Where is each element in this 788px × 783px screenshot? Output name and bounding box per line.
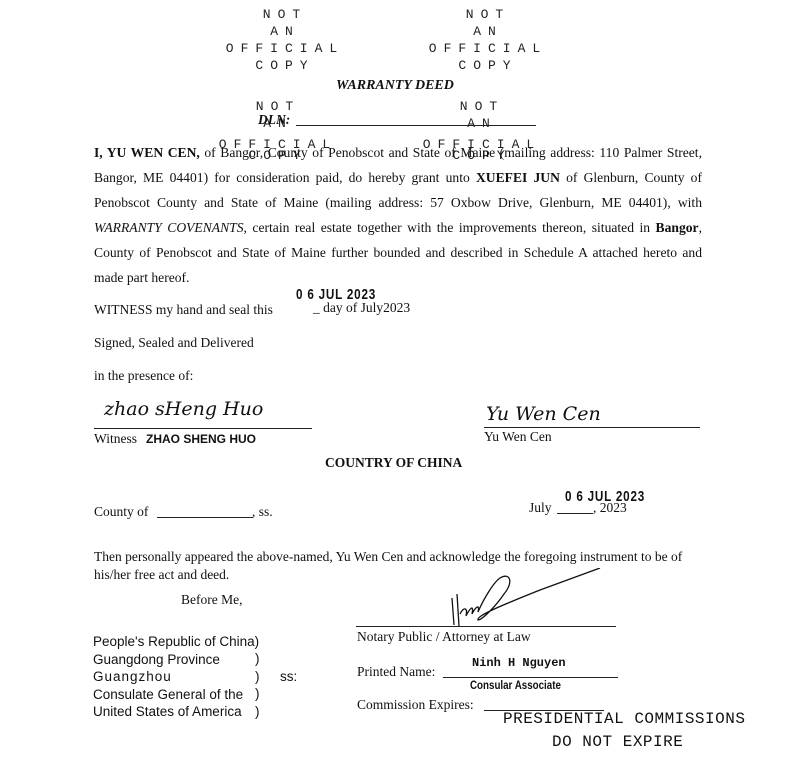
witness-signature-line[interactable] — [94, 428, 312, 429]
ack-date-field-line[interactable] — [557, 513, 593, 514]
dln-field-line[interactable] — [296, 125, 536, 126]
printed-name-label: Printed Name: — [357, 664, 435, 680]
printed-name-line[interactable] — [443, 677, 618, 678]
venue-line: Guangzhou — [93, 668, 259, 686]
grantor-signature-line[interactable] — [484, 427, 700, 428]
grantor-signature: Yu Wen Cen — [486, 403, 601, 425]
ack-date-prefix: July — [529, 500, 552, 516]
watermark-line: AN — [402, 115, 562, 132]
grantee-name: XUEFEI JUN — [476, 170, 560, 185]
commission-stamp-line1: PRESIDENTIAL COMMISSIONS — [503, 710, 745, 728]
country-heading: COUNTRY OF CHINA — [325, 455, 462, 471]
venue-line: Guangdong Province — [93, 651, 259, 669]
county-suffix: , ss. — [252, 504, 273, 520]
venue-line: Consulate General of the — [93, 686, 259, 704]
watermark-line: OFFICIAL — [408, 40, 568, 57]
watermark-line: NOT — [402, 98, 562, 115]
town-name: Bangor — [656, 220, 699, 235]
venue-parens: ) ) ) ) — [255, 650, 260, 720]
dln-label: DLN: — [258, 112, 290, 128]
notary-signature-line[interactable] — [356, 626, 616, 627]
watermark-top-left: NOT AN OFFICIAL COPY — [205, 6, 365, 74]
venue-paren: ) — [255, 685, 260, 703]
commission-label: Commission Expires: — [357, 697, 474, 713]
venue-block: People's Republic of China) Guangdong Pr… — [93, 633, 259, 721]
grant-paragraph: I, YU WEN CEN, of Bangor, County of Peno… — [94, 140, 702, 290]
county-label: County of — [94, 504, 148, 520]
venue-paren: ) — [255, 703, 260, 721]
watermark-line: OFFICIAL — [205, 40, 365, 57]
venue-ss: ss: — [280, 668, 297, 686]
venue-paren: ) — [255, 668, 260, 686]
notary-title: Consular Associate — [470, 680, 561, 692]
ack-date-stamp: 0 6 JUL 2023 — [565, 488, 645, 505]
grantor-name: I, YU WEN CEN, — [94, 145, 200, 160]
witness-label: Witness — [94, 431, 137, 447]
watermark-line: AN — [408, 23, 568, 40]
printed-name-value: Ninh H Nguyen — [472, 656, 566, 670]
watermark-line: COPY — [408, 57, 568, 74]
venue-line: People's Republic of China) — [93, 633, 259, 651]
grantor-printed-name: Yu Wen Cen — [484, 429, 552, 445]
watermark-line: COPY — [205, 57, 365, 74]
venue-line: United States of America — [93, 703, 259, 721]
commission-stamp-line2: DO NOT EXPIRE — [552, 733, 683, 751]
watermark-line: NOT — [408, 6, 568, 23]
watermark-line: AN — [205, 23, 365, 40]
witness-line-suffix: _ day of July2023 — [313, 300, 410, 316]
before-me: Before Me, — [181, 592, 242, 608]
in-presence-of: in the presence of: — [94, 368, 193, 384]
signed-sealed-delivered: Signed, Sealed and Delivered — [94, 335, 254, 351]
watermark-line: NOT — [205, 6, 365, 23]
watermark-top-right: NOT AN OFFICIAL COPY — [408, 6, 568, 74]
witness-signature: zhao sHeng Huo — [104, 398, 263, 420]
witness-line-prefix: WITNESS my hand and seal this — [94, 302, 273, 318]
notary-signature — [440, 568, 620, 628]
notary-role: Notary Public / Attorney at Law — [357, 629, 531, 645]
grant-text: , certain real estate together with the … — [244, 220, 656, 235]
document-title: WARRANTY DEED — [336, 78, 454, 94]
covenants: WARRANTY COVENANTS — [94, 220, 244, 235]
county-field-line[interactable] — [157, 517, 253, 518]
venue-paren: ) — [255, 650, 260, 668]
witness-printed-name: ZHAO SHENG HUO — [146, 431, 256, 449]
